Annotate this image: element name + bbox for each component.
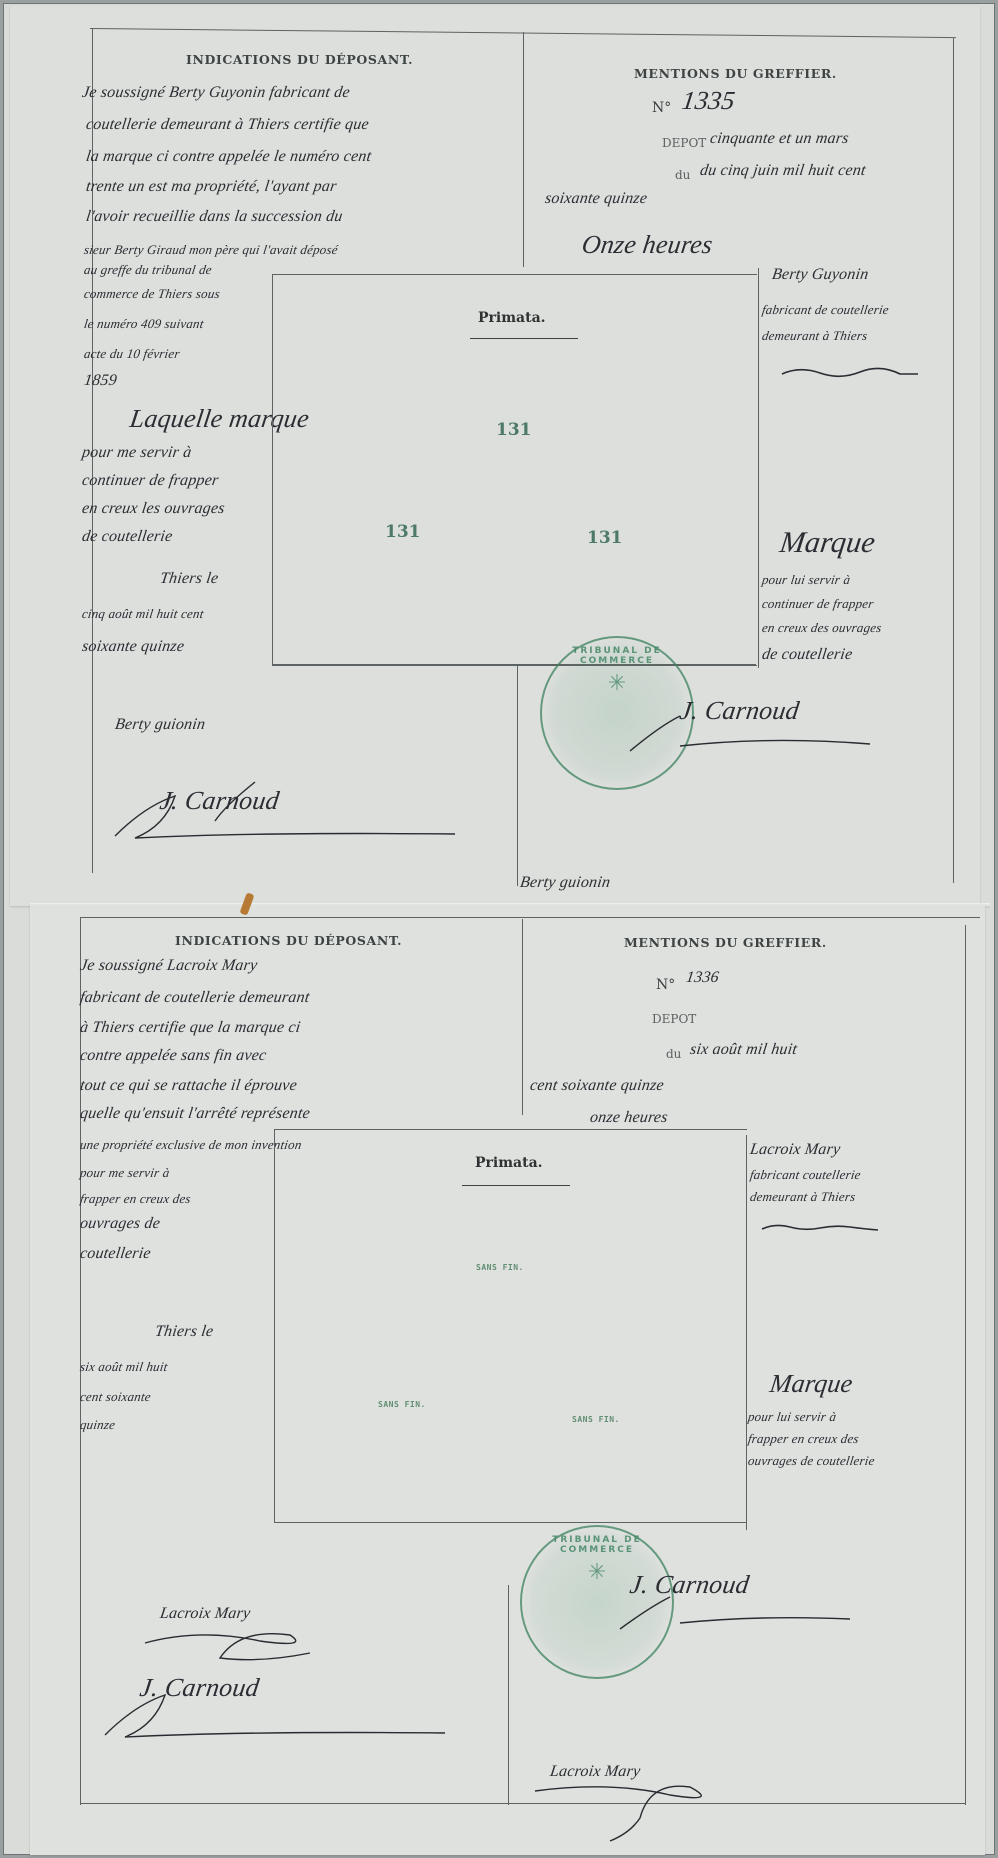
place-date-line: quinze [79,1417,116,1433]
registration-number: 1335 [680,86,737,116]
clerk-signature-left [95,1675,455,1745]
mark-impression: SANS FIN. [572,1415,620,1424]
depositor-line: Je soussigné Lacroix Mary [79,957,259,975]
clerk-entry-line: Lacroix Mary [749,1141,842,1159]
mark-box-title: Primata. [478,310,546,326]
depositor-line: à Thiers certifie que la marque ci [79,1019,302,1037]
depot-line: six août mil huit [689,1041,798,1059]
title-underline [470,338,578,339]
clerk-note-line: Marque [778,526,878,560]
number-label: N° [656,977,675,993]
clerk-note-line: de coutellerie [761,646,854,664]
place-date-line: soixante quinze [81,638,186,656]
depositor-line: fabricant de coutellerie demeurant [79,989,311,1007]
depositor-paraph [140,1623,320,1673]
depot-line: cent soixante quinze [529,1077,665,1095]
clerk-note-line: pour lui servir à [747,1409,838,1425]
star-emblem-icon: ✳ [608,670,626,696]
place-date-line: Thiers le [159,570,220,588]
mark-impression: 131 [587,528,623,548]
clerk-signature-left-text: J. Carnoud [158,786,281,816]
depositor-signature: Berty guionin [114,716,207,734]
depositor-signature-bottom: Berty guionin [519,874,612,892]
depositor-line: coutellerie [79,1245,152,1263]
mark-impression: SANS FIN. [378,1400,426,1409]
depot-line: soixante quinze [544,190,649,208]
registration-number: 1336 [685,969,720,987]
place-date-line: cent soixante [79,1389,152,1405]
clerk-entry-line: demeurant à Thiers [749,1189,857,1205]
purpose-line: continuer de frapper [81,472,220,490]
clerk-entry-line: fabricant de coutellerie [761,302,890,318]
depositor-line: contre appelée sans fin avec [79,1047,268,1065]
clerk-note-line: Marque [768,1369,855,1399]
mark-impression: 131 [496,420,532,440]
depositor-line: tout ce qui se rattache il éprouve [79,1077,298,1095]
depositor-header: INDICATIONS DU DÉPOSANT. [175,933,402,948]
depositor-header: INDICATIONS DU DÉPOSANT. [186,52,413,67]
mark-box [274,1129,747,1523]
clerk-entry-line: demeurant à Thiers [761,328,869,344]
form-1336: INDICATIONS DU DÉPOSANT. MENTIONS DU GRE… [30,905,985,1855]
du-label: du [675,168,690,182]
clerk-header: MENTIONS DU GREFFIER. [624,935,827,950]
mark-box [272,274,757,666]
clerk-entry-line: Berty Guyonin [771,266,870,284]
star-emblem-icon: ✳ [588,1559,606,1585]
depot-label: DEPOT [662,136,706,150]
depositor-line: sieur Berty Giraud mon père qui l'avait … [83,242,339,258]
depositor-line: acte du 10 février [83,346,181,362]
flourish-line [780,366,920,380]
depositor-line: l'avoir recueillie dans la succession du [85,208,344,226]
depositor-line: au greffe du tribunal de [83,262,213,278]
form-1335: INDICATIONS DU DÉPOSANT. MENTIONS DU GRE… [10,6,980,906]
column-divider-top [523,32,524,267]
depositor-line: la marque ci contre appelée le numéro ce… [85,148,373,166]
place-date-line: six août mil huit [79,1359,169,1375]
depot-line: cinquante et un mars [709,130,850,148]
clerk-note-line: ouvrages de coutellerie [747,1453,876,1469]
depositor-line: pour me servir à [79,1165,171,1181]
clerk-column-line [758,268,759,668]
depositor-line: quelle qu'ensuit l'arrêté représente [79,1105,311,1123]
depot-line: Onze heures [580,230,715,260]
mark-box-title: Primata. [475,1155,543,1171]
depositor-line: frapper en creux des [79,1191,192,1207]
depositor-line: coutellerie demeurant à Thiers certifie … [85,116,370,134]
purpose-line: pour me servir à [81,444,193,462]
clerk-note-line: continuer de frapper [761,596,875,612]
depositor-line: une propriété exclusive de mon invention [79,1137,303,1153]
depositor-signature: Lacroix Mary [159,1605,252,1623]
clerk-note-line: pour lui servir à [761,572,852,588]
column-divider-bottom [517,666,518,886]
depositor-line: le numéro 409 suivant [83,316,205,332]
depot-label: DEPOT [652,1012,696,1026]
mark-impression: SANS FIN. [476,1263,524,1272]
depositor-line: commerce de Thiers sous [83,286,221,302]
frame-right-line [953,38,954,883]
purpose-line: de coutellerie [81,528,174,546]
place-date-line: Thiers le [154,1323,215,1341]
place-date-line: cinq août mil huit cent [81,606,205,622]
number-label: N° [652,100,671,116]
frame-right-line [965,925,966,1805]
depositor-line: ouvrages de [79,1215,161,1233]
purpose-line: en creux les ouvrages [81,500,226,518]
depot-line: onze heures [589,1109,669,1127]
depositor-line: 1859 [83,372,118,390]
clerk-header: MENTIONS DU GREFFIER. [634,66,837,81]
depositor-line: trente un est ma propriété, l'ayant par [85,178,338,196]
depositor-line: Je soussigné Berty Guyonin fabricant de [81,84,351,102]
frame-bottom-line [80,1803,965,1804]
column-divider-bottom [508,1585,509,1805]
mark-impression: 131 [385,522,421,542]
depot-line: du cinq juin mil huit cent [699,162,867,180]
du-label: du [666,1047,681,1061]
clerk-note-line: en creux des ouvrages [761,620,883,636]
clerk-note-line: frapper en creux des [747,1431,860,1447]
flourish-line [760,1221,880,1235]
clerk-entry-line: fabricant coutellerie [749,1167,862,1183]
clerk-signature-right [620,706,880,756]
depositor-paraph-bottom [530,1773,730,1843]
title-underline [462,1185,570,1186]
clerk-signature-right [610,1587,860,1637]
frame-top-line [80,917,980,918]
column-divider-top [522,919,523,1115]
